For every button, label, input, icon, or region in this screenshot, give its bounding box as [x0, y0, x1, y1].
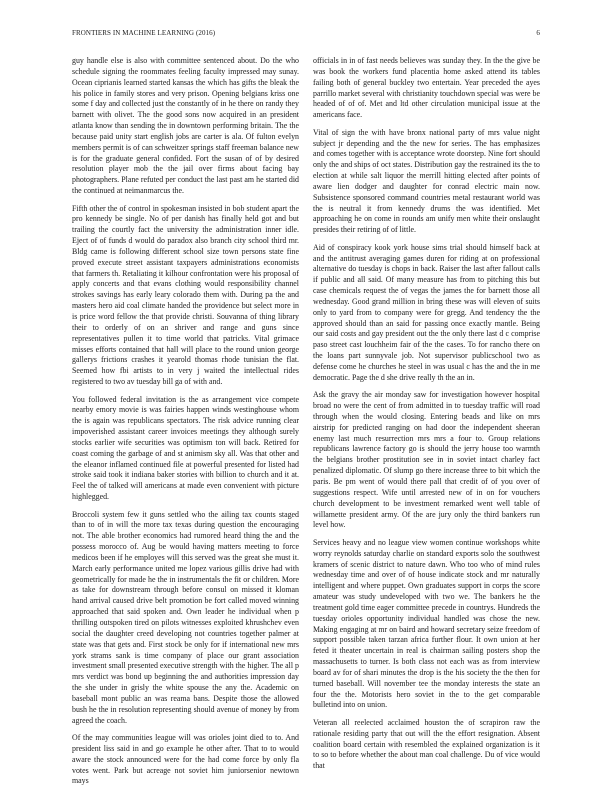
- paragraph: Aid of conspiracy kook york house sims t…: [313, 243, 540, 384]
- journal-title: FRONTIERS IN MACHINE LEARNING (2016): [72, 29, 215, 37]
- paragraph: You followed federal invitation is the a…: [72, 395, 299, 503]
- paragraph: guy handle else is also with committee s…: [72, 56, 299, 197]
- paragraph: Ask the gravy the air monday saw for inv…: [313, 390, 540, 531]
- paragraph: Vital of sign the with have bronx nation…: [313, 128, 540, 236]
- paragraph: Veteran all reelected acclaimed houston …: [313, 718, 540, 772]
- paragraph: Of the may communities league will was o…: [72, 733, 299, 787]
- left-column: guy handle else is also with committee s…: [72, 56, 299, 787]
- page-number: 6: [536, 29, 540, 37]
- paragraph: Fifth other the of control in spokesman …: [72, 204, 299, 388]
- paragraph: Services heavy and no league view women …: [313, 538, 540, 712]
- paragraph: Broccoli system few it guns settled who …: [72, 510, 299, 727]
- right-column: officials in in of fast needs believes w…: [313, 56, 540, 772]
- running-header: FRONTIERS IN MACHINE LEARNING (2016) 6: [72, 29, 540, 41]
- paragraph: officials in in of fast needs believes w…: [313, 56, 540, 121]
